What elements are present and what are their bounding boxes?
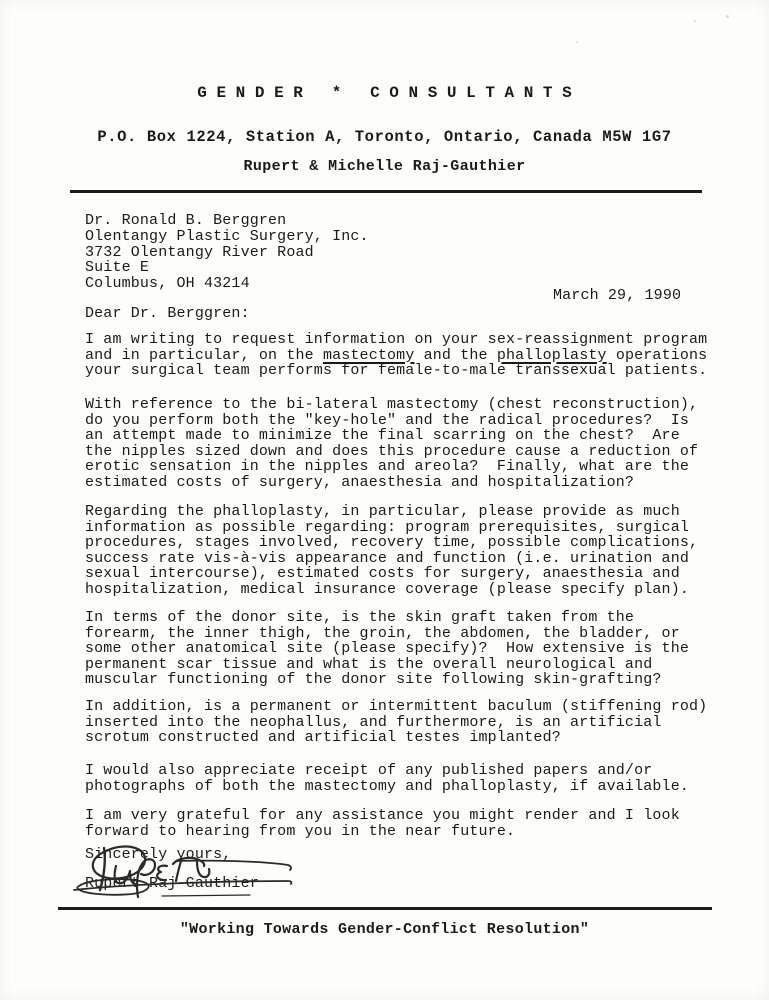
letter-line: forward to hearing from you in the near …: [85, 824, 680, 840]
letter-line: erotic sensation in the nipples and areo…: [85, 459, 698, 475]
letter-line: Suite E: [85, 260, 369, 276]
letter-line: success rate vis-à-vis appearance and fu…: [85, 551, 698, 567]
letter-line: your surgical team performs for female-t…: [85, 363, 707, 379]
letter-line: 3732 Olentangy River Road: [85, 245, 369, 261]
letter-line: Olentangy Plastic Surgery, Inc.: [85, 229, 369, 245]
scan-speckle: [576, 41, 578, 43]
footer-divider: [58, 907, 712, 910]
paragraph-7: I am very grateful for any assistance yo…: [85, 808, 680, 839]
letter-line: Columbus, OH 43214: [85, 276, 369, 292]
underlined-term-phalloplasty: phalloplasty: [497, 347, 607, 364]
letter-line: With reference to the bi-lateral mastect…: [85, 397, 698, 413]
letter-line: an attempt made to minimize the final sc…: [85, 428, 698, 444]
letter-page: G E N D E R * C O N S U L T A N T S P.O.…: [0, 0, 769, 1000]
letter-line: and in particular, on the mastectomy and…: [85, 348, 707, 364]
salutation: Dear Dr. Berggren:: [85, 306, 250, 322]
valediction: Sincerely yours,: [85, 847, 231, 863]
letter-line-part: operations: [607, 347, 708, 364]
letter-line: In addition, is a permanent or intermitt…: [85, 699, 707, 715]
scan-speckle: [694, 20, 696, 22]
letterhead-address: P.O. Box 1224, Station A, Toronto, Ontar…: [0, 128, 769, 146]
letter-line: scrotum constructed and artificial teste…: [85, 730, 707, 746]
letter-line: permanent scar tissue and what is the ov…: [85, 657, 689, 673]
paragraph-2: With reference to the bi-lateral mastect…: [85, 397, 698, 491]
underlined-term-mastectomy: mastectomy: [323, 347, 415, 364]
scan-speckle: [726, 15, 729, 18]
letter-line: muscular functioning of the donor site f…: [85, 672, 689, 688]
footer-motto: "Working Towards Gender-Conflict Resolut…: [0, 921, 769, 938]
letter-line: Regarding the phalloplasty, in particula…: [85, 504, 698, 520]
letter-line: Dr. Ronald B. Berggren: [85, 213, 369, 229]
letter-line: the nipples sized down and does this pro…: [85, 444, 698, 460]
letter-line: I am very grateful for any assistance yo…: [85, 808, 680, 824]
paragraph-4: In terms of the donor site, is the skin …: [85, 610, 689, 688]
paragraph-6: I would also appreciate receipt of any p…: [85, 763, 689, 794]
paragraph-3: Regarding the phalloplasty, in particula…: [85, 504, 698, 598]
paragraph-5: In addition, is a permanent or intermitt…: [85, 699, 707, 746]
letter-line: I am writing to request information on y…: [85, 332, 707, 348]
letter-date: March 29, 1990: [553, 288, 681, 304]
letter-line: I would also appreciate receipt of any p…: [85, 763, 689, 779]
letter-line: In terms of the donor site, is the skin …: [85, 610, 689, 626]
letter-line: procedures, stages involved, recovery ti…: [85, 535, 698, 551]
letter-line: inserted into the neophallus, and furthe…: [85, 715, 707, 731]
letterhead-org-name: G E N D E R * C O N S U L T A N T S: [0, 84, 769, 102]
recipient-address-block: Dr. Ronald B. BerggrenOlentangy Plastic …: [85, 213, 369, 292]
paragraph-1: I am writing to request information on y…: [85, 332, 707, 379]
letter-line: hospitalization, medical insurance cover…: [85, 582, 698, 598]
signature-typed-name: Rupert Raj-Gauthier: [85, 876, 259, 892]
letter-line: sexual intercourse), estimated costs for…: [85, 566, 698, 582]
letter-line: some other anatomical site (please speci…: [85, 641, 689, 657]
letter-line: forearm, the inner thigh, the groin, the…: [85, 626, 689, 642]
letterhead-principals: Rupert & Michelle Raj-Gauthier: [0, 158, 769, 175]
letter-line: photographs of both the mastectomy and p…: [85, 779, 689, 795]
letter-line-part: and in particular, on the: [85, 347, 323, 364]
letter-line-part: and the: [414, 347, 496, 364]
letter-line: do you perform both the "key-hole" and t…: [85, 413, 698, 429]
letter-line: information as possible regarding: progr…: [85, 520, 698, 536]
letterhead-divider: [70, 190, 702, 193]
letter-line: estimated costs of surgery, anaesthesia …: [85, 475, 698, 491]
